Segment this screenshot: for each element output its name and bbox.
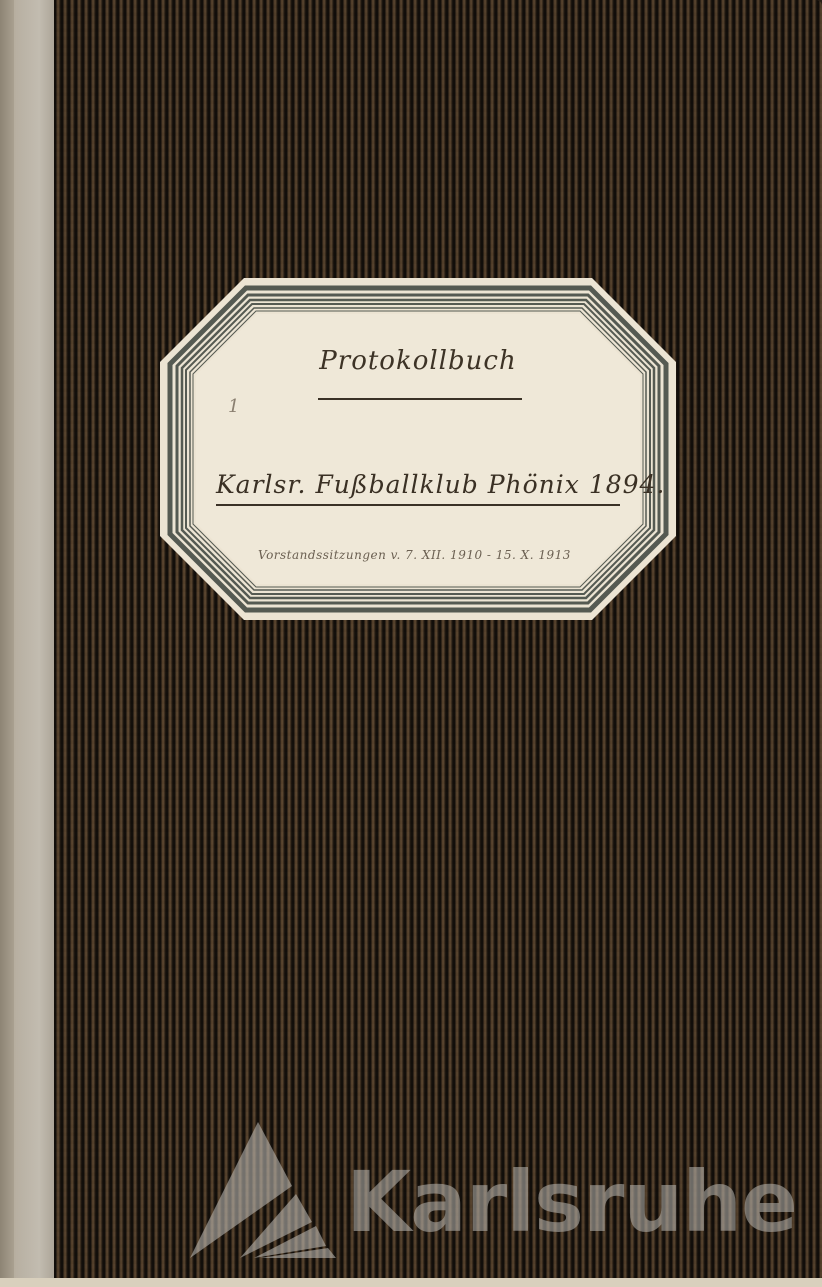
watermark-text: Karlsruhe: [346, 1160, 797, 1244]
cover-label: Protokollbuch 1 Karlsr. Fußballklub Phön…: [160, 278, 676, 620]
club-name: Karlsr. Fußballklub Phönix 1894.: [216, 470, 636, 499]
title-underline: [318, 398, 522, 400]
club-underline: [216, 504, 620, 506]
karlsruhe-watermark: Karlsruhe: [180, 1122, 800, 1262]
page-edge: [0, 1278, 822, 1287]
book-cover: [54, 0, 822, 1280]
volume-number: 1: [228, 396, 239, 417]
label-title: Protokollbuch: [160, 346, 676, 376]
label-subtitle-dates: Vorstandssitzungen v. 7. XII. 1910 - 15.…: [258, 548, 618, 562]
karlsruhe-triangle-logo-icon: [180, 1122, 350, 1262]
book-spine: [0, 0, 56, 1287]
